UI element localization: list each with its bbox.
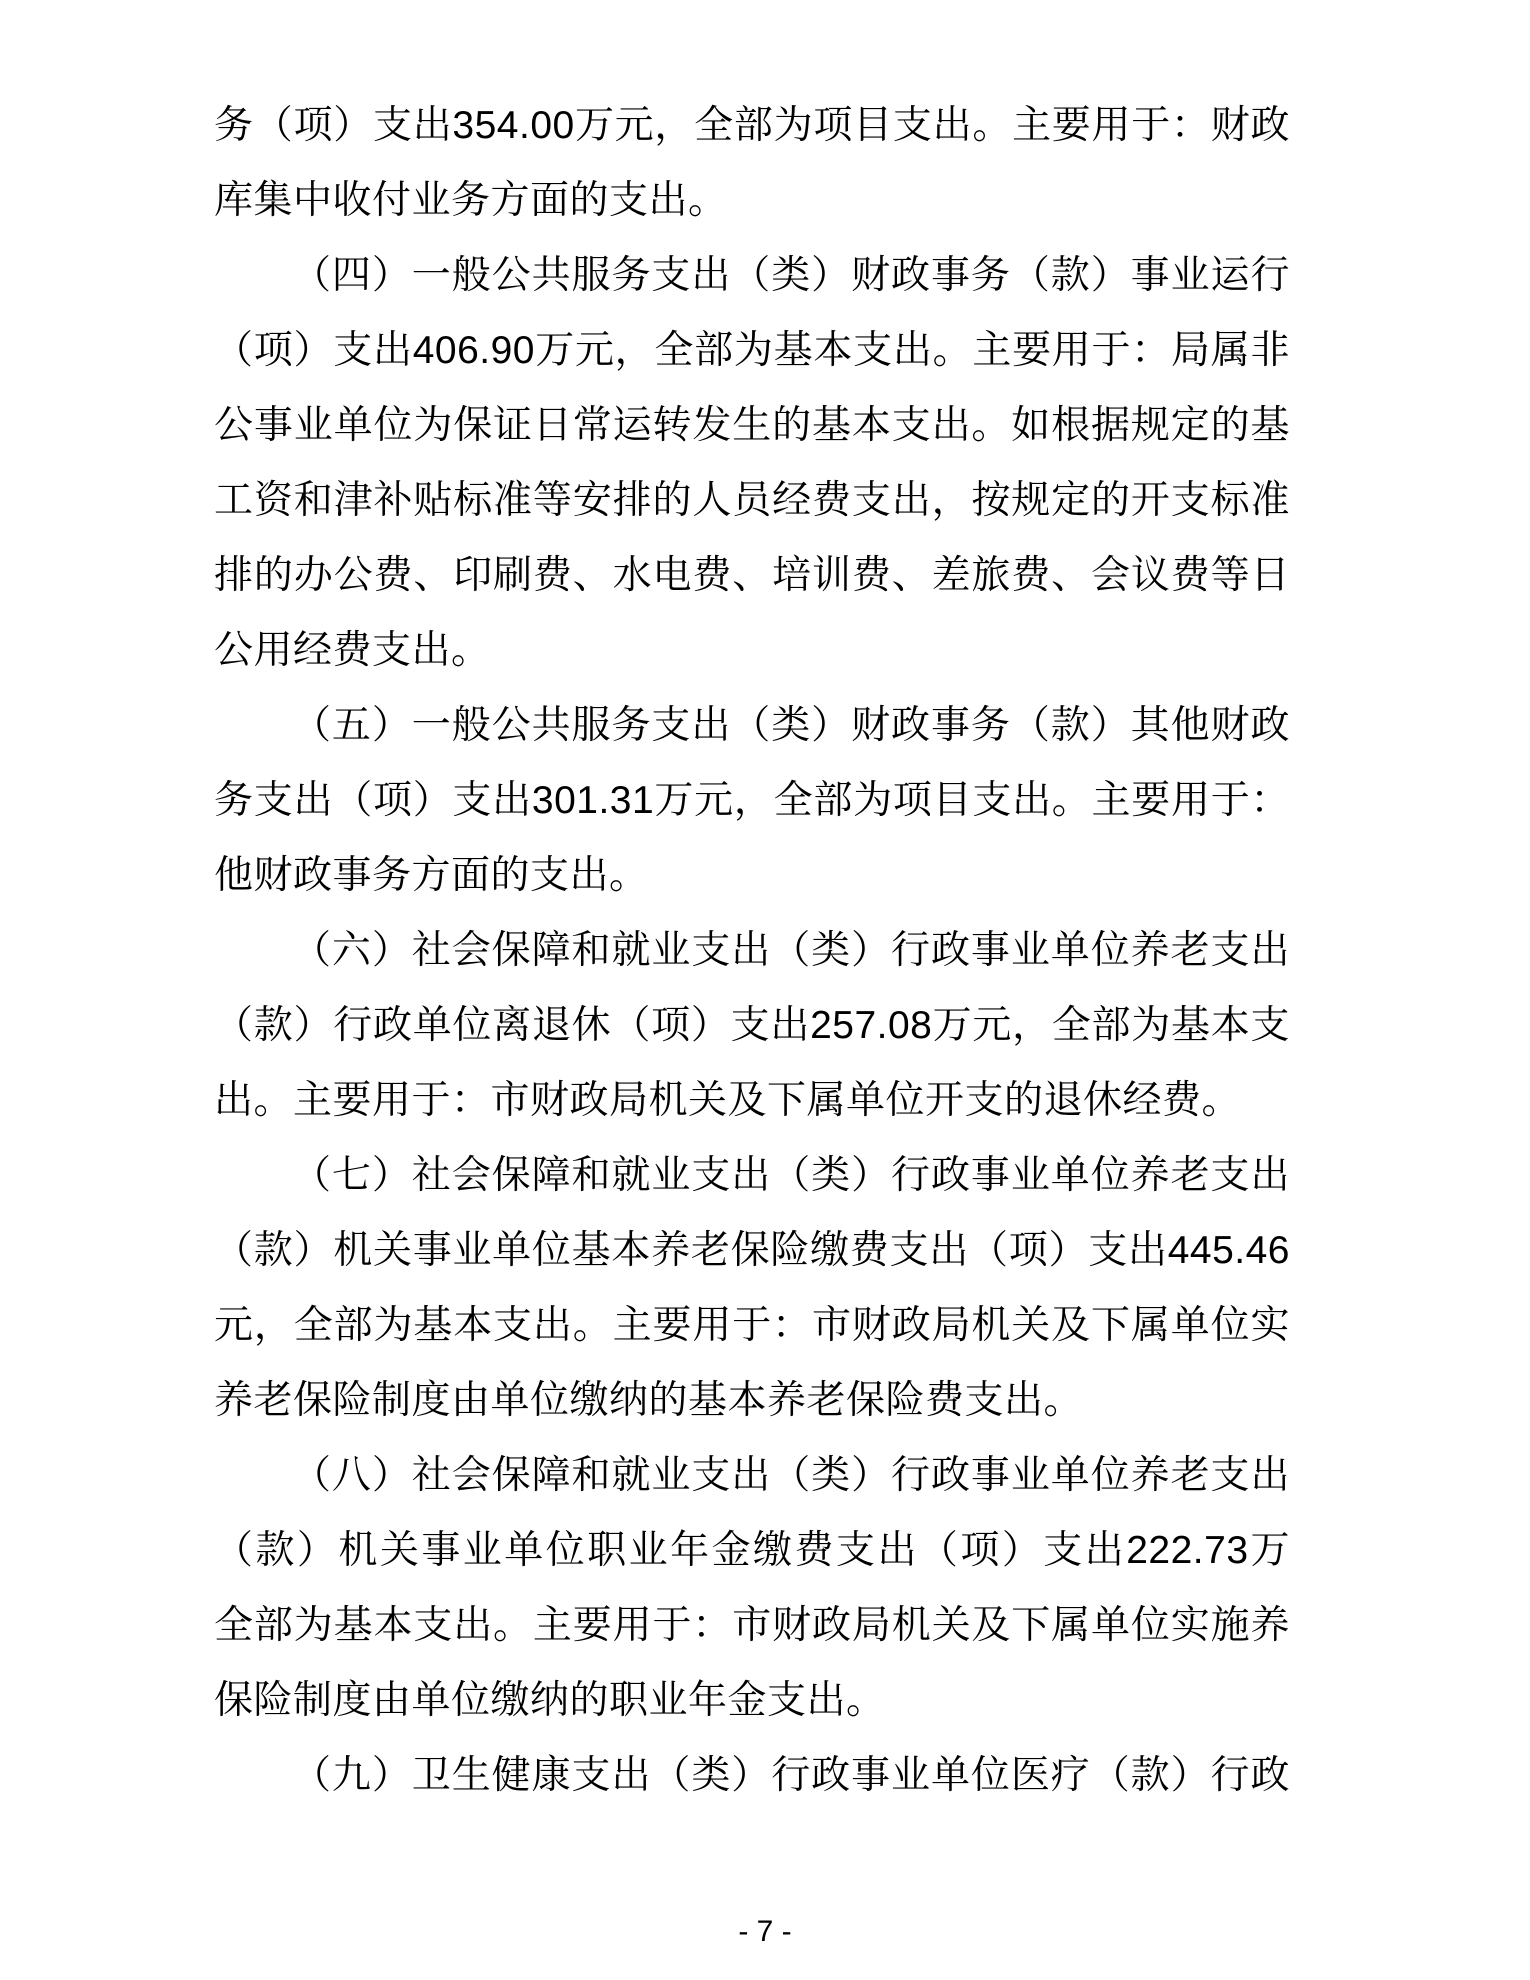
text-line: （八）社会保障和就业支出（类）行政事业单位养老支出 bbox=[214, 1438, 1290, 1513]
text-line: 务（项）支出354.00万元，全部为项目支出。主要用于：财政国 bbox=[214, 88, 1290, 163]
text-line: （款）机关事业单位基本养老保险缴费支出（项）支出445.46万 bbox=[214, 1213, 1290, 1288]
text-line: 元，全部为基本支出。主要用于：市财政局机关及下属单位实施 bbox=[214, 1288, 1290, 1363]
text-line: 库集中收付业务方面的支出。 bbox=[214, 163, 1290, 238]
text-line: （四）一般公共服务支出（类）财政事务（款）事业运行 bbox=[214, 238, 1290, 313]
text-line: 务支出（项）支出301.31万元，全部为项目支出。主要用于：其 bbox=[214, 763, 1290, 838]
text-line: 公事业单位为保证日常运转发生的基本支出。如根据规定的基本 bbox=[214, 388, 1290, 463]
text-line: （六）社会保障和就业支出（类）行政事业单位养老支出 bbox=[214, 913, 1290, 988]
text-line: （七）社会保障和就业支出（类）行政事业单位养老支出 bbox=[214, 1138, 1290, 1213]
text-line: （九）卫生健康支出（类）行政事业单位医疗（款）行政单 bbox=[214, 1738, 1290, 1813]
text-line: （项）支出406.90万元，全部为基本支出。主要用于：局属非参 bbox=[214, 313, 1290, 388]
text-line: （五）一般公共服务支出（类）财政事务（款）其他财政事 bbox=[214, 688, 1290, 763]
text-line: 工资和津补贴标准等安排的人员经费支出，按规定的开支标准安 bbox=[214, 463, 1290, 538]
text-line: 保险制度由单位缴纳的职业年金支出。 bbox=[214, 1663, 1290, 1738]
text-line: 出。主要用于：市财政局机关及下属单位开支的退休经费。 bbox=[214, 1063, 1290, 1138]
text-line: 公用经费支出。 bbox=[214, 613, 1290, 688]
text-line: 他财政事务方面的支出。 bbox=[214, 838, 1290, 913]
document-body: 务（项）支出354.00万元，全部为项目支出。主要用于：财政国库集中收付业务方面… bbox=[214, 88, 1290, 1813]
text-line: （款）行政单位离退休（项）支出257.08万元，全部为基本支 bbox=[214, 988, 1290, 1063]
text-line: 全部为基本支出。主要用于：市财政局机关及下属单位实施养老 bbox=[214, 1588, 1290, 1663]
page-number: - 7 - bbox=[0, 1912, 1530, 1952]
document-page: 务（项）支出354.00万元，全部为项目支出。主要用于：财政国库集中收付业务方面… bbox=[0, 0, 1530, 1980]
text-line: 养老保险制度由单位缴纳的基本养老保险费支出。 bbox=[214, 1363, 1290, 1438]
text-line: （款）机关事业单位职业年金缴费支出（项）支出222.73万元， bbox=[214, 1513, 1290, 1588]
text-line: 排的办公费、印刷费、水电费、培训费、差旅费、会议费等日常 bbox=[214, 538, 1290, 613]
